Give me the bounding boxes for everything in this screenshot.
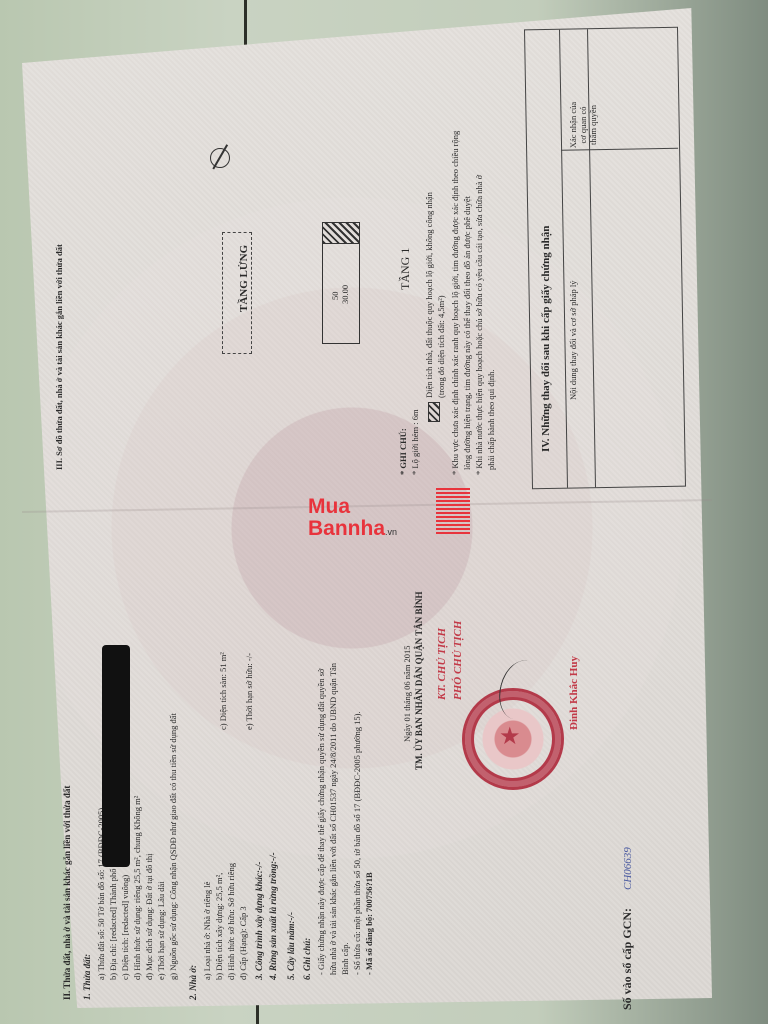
other-item: 3. Công trình xây dựng khác:-/- bbox=[254, 862, 264, 980]
note-line: - Giấy chứng nhận này được cấp để thay t… bbox=[316, 669, 326, 975]
legend-hatch-swatch bbox=[428, 402, 440, 422]
plan-note: * Khi nhà nước thực hiện quy hoạch hoặc … bbox=[474, 175, 484, 475]
land-line: g) Nguồn gốc sử dụng: Công nhận QSDĐ như… bbox=[168, 713, 178, 980]
section-ii-title: II. Thửa đất, nhà ở và tài sản khác gắn … bbox=[62, 786, 72, 1000]
floor-area-total: 30.00 bbox=[340, 285, 350, 304]
land-line: c) Diện tích: [redacted] vuông) bbox=[120, 875, 130, 980]
star-icon: ★ bbox=[499, 725, 521, 749]
plan-note: Diện tích nhà, đất thuộc quy hoạch lộ gi… bbox=[424, 192, 434, 398]
note-line: Bình cấp. bbox=[340, 942, 350, 975]
land-heading: 1. Thửa đất: bbox=[82, 954, 92, 1000]
house-line: a) Loại nhà ở: Nhà ở riêng lẻ bbox=[202, 882, 212, 980]
registry-value: CH06639 bbox=[622, 847, 634, 890]
plan-note: (trong đó diện tích đất: 4,5m²) bbox=[436, 295, 446, 398]
house-heading: 2. Nhà ở: bbox=[188, 965, 198, 1000]
house-line: d) Hình thức sở hữu: Sở hữu riêng bbox=[226, 863, 236, 980]
house-line: b) Diện tích xây dựng: 25,5 m², bbox=[214, 873, 224, 980]
other-item: 4. Rừng sản xuất là rừng trồng:-/- bbox=[268, 852, 278, 980]
section-iv-title: IV. Những thay đổi sau khi cấp giấy chứn… bbox=[540, 226, 552, 452]
redaction-mark bbox=[102, 645, 130, 867]
other-item: 6. Ghi chú: bbox=[302, 938, 312, 980]
signer-title-2: PHÓ CHỦ TỊCH bbox=[452, 621, 464, 700]
plan-label-mezzanine: TẦNG LỬNG bbox=[238, 245, 250, 312]
table-col-confirmation: Xác nhận của cơ quan có thẩm quyền bbox=[568, 100, 598, 150]
floor-seam-top bbox=[244, 0, 247, 50]
land-line: d) Hình thức sử dụng: riêng 25,5 m², chu… bbox=[132, 796, 142, 980]
issue-date: Ngày 01 tháng 06 năm 2015 bbox=[402, 645, 412, 742]
logo-suffix: .vn bbox=[385, 527, 397, 537]
muabannha-watermark: Mua Bannha.vn bbox=[308, 496, 397, 540]
note-line: - Số thửa cũ: một phần thửa số 50, tờ bả… bbox=[352, 711, 362, 975]
registry-label: Số vào sổ cấp GCN: bbox=[620, 908, 635, 1010]
signer-title-1: KT. CHỦ TỊCH bbox=[436, 628, 448, 700]
house-line: c) Diện tích sàn: 51 m² bbox=[218, 652, 228, 730]
logo-line-2: Bannha bbox=[308, 517, 385, 540]
plan-note: phải chấp hành theo qui định. bbox=[486, 369, 496, 470]
plan-label-ground: TẦNG 1 bbox=[398, 248, 413, 290]
floor-area: 50 bbox=[330, 292, 340, 301]
house-line: e) Thời hạn sở hữu: -/- bbox=[244, 653, 254, 730]
plan-note: * Lộ giới hẻm : 6m bbox=[410, 409, 420, 475]
table-col-content: Nội dung thay đổi và cơ sở pháp lý bbox=[568, 281, 578, 400]
section-iii-title: III. Sơ đồ thửa đất, nhà ở và tài sản kh… bbox=[54, 244, 64, 470]
issuing-authority: TM. ỦY BAN NHÂN DÂN QUẬN TÂN BÌNH bbox=[414, 591, 424, 770]
ghi-chu-title: * GHI CHÚ: bbox=[398, 428, 408, 475]
other-item: 5. Cây lâu năm:-/- bbox=[286, 912, 296, 980]
setback-hatch bbox=[322, 222, 360, 244]
land-line: đ) Mục đích sử dụng: Đất ở tại đô thị bbox=[144, 854, 154, 980]
house-line: đ) Cấp (Hạng): Cấp 3 bbox=[238, 906, 248, 980]
building-logo-icon bbox=[436, 488, 470, 534]
logo-line-1: Mua bbox=[308, 496, 397, 518]
plan-note: lòng đường hiện trạng, tim đường này có … bbox=[462, 196, 472, 470]
note-line: - Mã số đăng bộ: 700756?1B bbox=[364, 872, 374, 975]
land-line: e) Thời hạn sử dụng: Lâu dài bbox=[156, 881, 166, 980]
note-line: hữu nhà ở và tài sản khác gắn liền với đ… bbox=[328, 663, 338, 975]
signer-name: Đinh Khắc Huy bbox=[568, 656, 580, 730]
plan-note: * Khu vực chưa xác định chính xác ranh q… bbox=[450, 131, 460, 475]
